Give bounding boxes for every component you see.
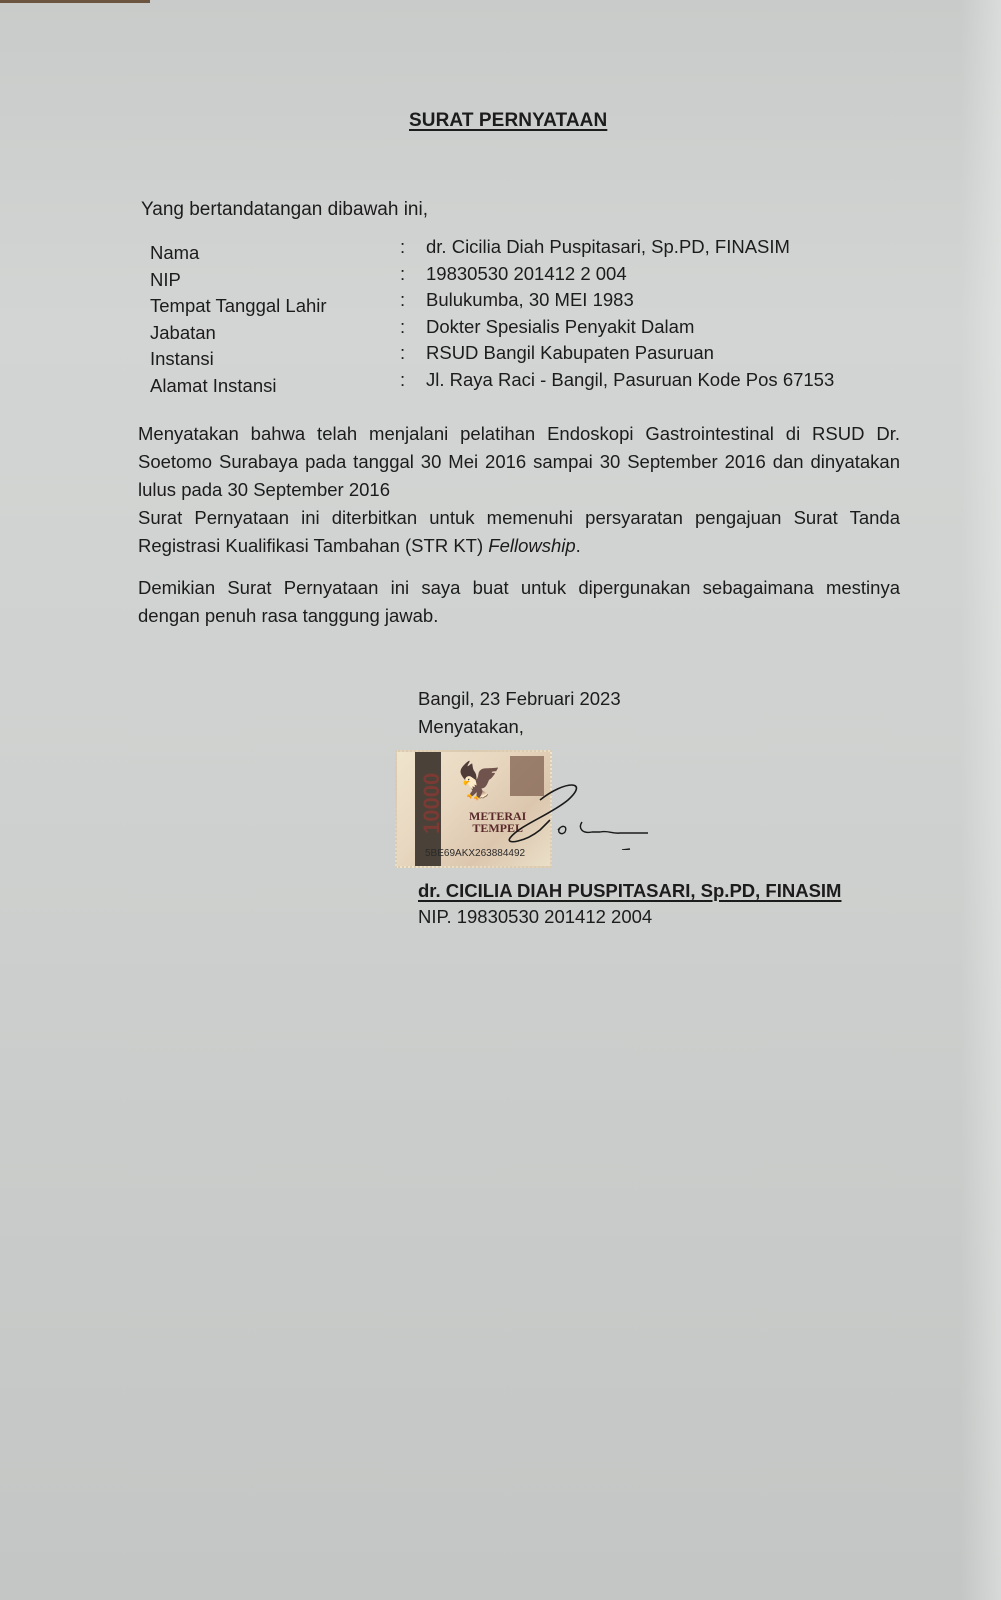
stamp-denomination: 10000	[419, 758, 449, 848]
field-row-alamat: Alamat Instansi : Jl. Raya Raci - Bangil…	[150, 369, 890, 396]
fellowship-term: Fellowship	[488, 535, 575, 556]
letter-page: SURAT PERNYATAAN Yang bertandatangan dib…	[0, 0, 1001, 1600]
field-separator: :	[400, 369, 405, 391]
signatory-nip: NIP. 19830530 201412 2004	[418, 906, 652, 928]
intro-text: Yang bertandatangan dibawah ini,	[141, 199, 428, 221]
field-separator: :	[400, 316, 405, 338]
field-separator: :	[400, 342, 405, 364]
field-value: RSUD Bangil Kabupaten Pasuruan	[426, 342, 714, 364]
field-value: 19830530 201412 2 004	[426, 263, 627, 285]
field-separator: :	[400, 263, 405, 285]
signatory-name: dr. CICILIA DIAH PUSPITASARI, Sp.PD, FIN…	[418, 880, 841, 902]
field-label: Tempat Tanggal Lahir	[150, 295, 327, 317]
field-separator: :	[400, 289, 405, 311]
field-label: Instansi	[150, 348, 214, 370]
signature-mark	[470, 770, 670, 850]
field-separator: :	[400, 236, 405, 258]
document-title: SURAT PERNYATAAN	[409, 110, 607, 132]
field-row-birth: Tempat Tanggal Lahir : Bulukumba, 30 MEI…	[150, 289, 890, 316]
field-value: Bulukumba, 30 MEI 1983	[426, 289, 634, 311]
purpose-end: .	[576, 535, 581, 556]
declarant-label: Menyatakan,	[418, 716, 524, 738]
field-value: Dokter Spesialis Penyakit Dalam	[426, 316, 694, 338]
field-value: Jl. Raya Raci - Bangil, Pasuruan Kode Po…	[426, 369, 834, 391]
statement-paragraph: Menyatakan bahwa telah menjalani pelatih…	[138, 420, 900, 560]
field-row-jabatan: Jabatan : Dokter Spesialis Penyakit Dala…	[150, 316, 890, 343]
field-label: Nama	[150, 242, 199, 264]
field-row-nama: Nama : dr. Cicilia Diah Puspitasari, Sp.…	[150, 236, 890, 263]
field-label: Alamat Instansi	[150, 375, 276, 397]
field-label: NIP	[150, 269, 181, 291]
field-label: Jabatan	[150, 322, 216, 344]
field-value: dr. Cicilia Diah Puspitasari, Sp.PD, FIN…	[426, 236, 790, 258]
place-date: Bangil, 23 Februari 2023	[418, 688, 621, 710]
identity-fields: Nama : dr. Cicilia Diah Puspitasari, Sp.…	[150, 236, 890, 395]
field-row-nip: NIP : 19830530 201412 2 004	[150, 263, 890, 290]
field-row-instansi: Instansi : RSUD Bangil Kabupaten Pasurua…	[150, 342, 890, 369]
closing-paragraph: Demikian Surat Pernyataan ini saya buat …	[138, 574, 900, 630]
statement-text: Menyatakan bahwa telah menjalani pelatih…	[138, 423, 900, 500]
